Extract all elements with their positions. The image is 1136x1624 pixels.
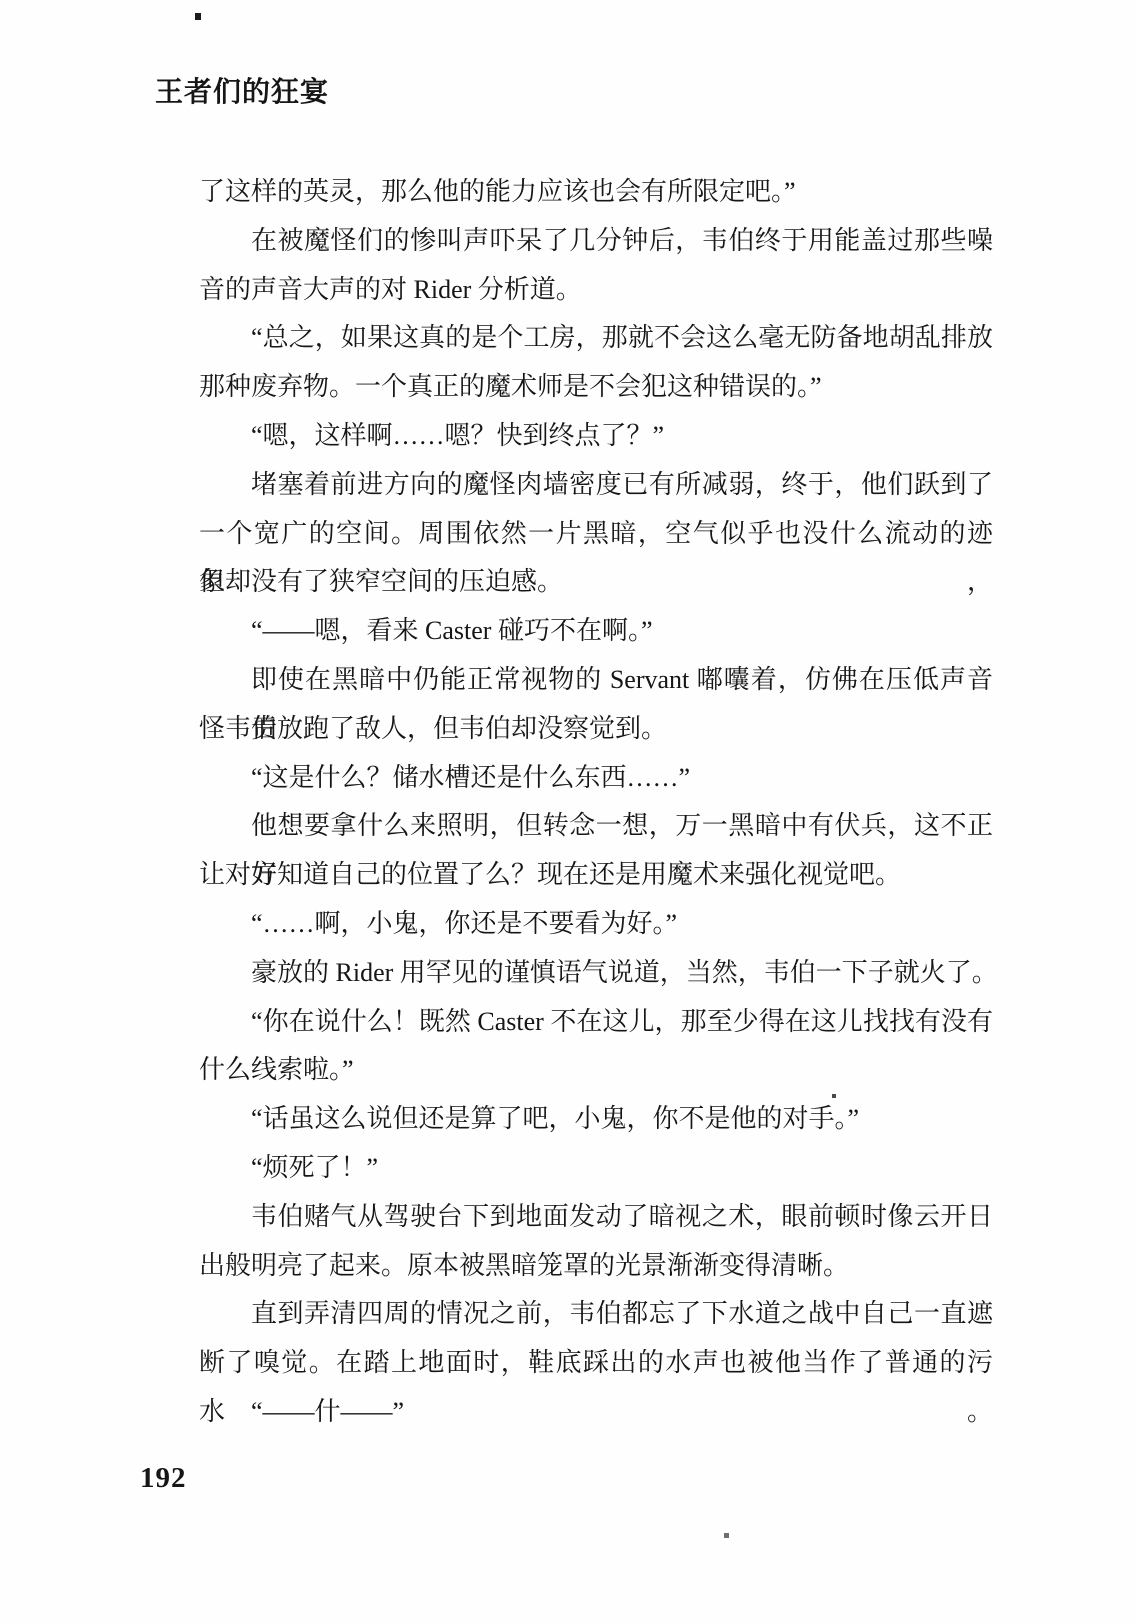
text-line: 了这样的英灵，那么他的能力应该也会有所限定吧。” — [199, 168, 993, 217]
running-header: 王者们的狂宴 — [155, 70, 329, 110]
text-line: “——嗯，看来 Caster 碰巧不在啊。” — [199, 607, 993, 656]
text-line: “烦死了！” — [199, 1144, 993, 1193]
text-line: “话虽这么说但还是算了吧，小鬼，你不是他的对手。” — [199, 1095, 993, 1144]
text-line: 一个宽广的空间。周围依然一片黑暗，空气似乎也没什么流动的迹象， — [199, 510, 993, 559]
book-page: 王者们的狂宴 了这样的英灵，那么他的能力应该也会有所限定吧。”在被魔怪们的惨叫声… — [0, 0, 1136, 1624]
text-line: “嗯，这样啊……嗯？快到终点了？” — [199, 412, 993, 461]
body-text: 了这样的英灵，那么他的能力应该也会有所限定吧。”在被魔怪们的惨叫声吓呆了几分钟后… — [199, 168, 993, 1437]
text-line: 即使在黑暗中仍能正常视物的 Servant 嘟囔着，仿佛在压低声音责 — [199, 656, 993, 705]
text-line: “总之，如果这真的是个工房，那就不会这么毫无防备地胡乱排放 — [199, 314, 993, 363]
text-line: 他想要拿什么来照明，但转念一想，万一黑暗中有伏兵，这不正好 — [199, 802, 993, 851]
text-line: 那种废弃物。一个真正的魔术师是不会犯这种错误的。” — [199, 363, 993, 412]
text-line: 直到弄清四周的情况之前，韦伯都忘了下水道之战中自己一直遮 — [199, 1290, 993, 1339]
text-line: 在被魔怪们的惨叫声吓呆了几分钟后，韦伯终于用能盖过那些噪 — [199, 217, 993, 266]
text-line: “这是什么？储水槽还是什么东西……” — [199, 754, 993, 803]
text-line: 韦伯赌气从驾驶台下到地面发动了暗视之术，眼前顿时像云开日 — [199, 1193, 993, 1242]
scan-speck-bottom — [724, 1533, 729, 1538]
text-line: 堵塞着前进方向的魔怪肉墙密度已有所减弱，终于，他们跃到了 — [199, 461, 993, 510]
text-line: “……啊，小鬼，你还是不要看为好。” — [199, 900, 993, 949]
text-line: 什么线索啦。” — [199, 1046, 993, 1095]
text-line: 怪韦伯放跑了敌人，但韦伯却没察觉到。 — [199, 705, 993, 754]
page-number: 192 — [140, 1462, 187, 1495]
text-line: 断了嗅觉。在踏上地面时，鞋底踩出的水声也被他当作了普通的污水。 — [199, 1339, 993, 1388]
text-line: “你在说什么！既然 Caster 不在这儿，那至少得在这儿找找有没有 — [199, 998, 993, 1047]
text-line: 出般明亮了起来。原本被黑暗笼罩的光景渐渐变得清晰。 — [199, 1242, 993, 1291]
scan-speck-middle — [832, 1094, 836, 1098]
text-line: 音的声音大声的对 Rider 分析道。 — [199, 266, 993, 315]
scan-speck-top — [195, 13, 201, 20]
text-line: 豪放的 Rider 用罕见的谨慎语气说道，当然，韦伯一下子就火了。 — [199, 949, 993, 998]
text-line: 让对方知道自己的位置了么？现在还是用魔术来强化视觉吧。 — [199, 851, 993, 900]
